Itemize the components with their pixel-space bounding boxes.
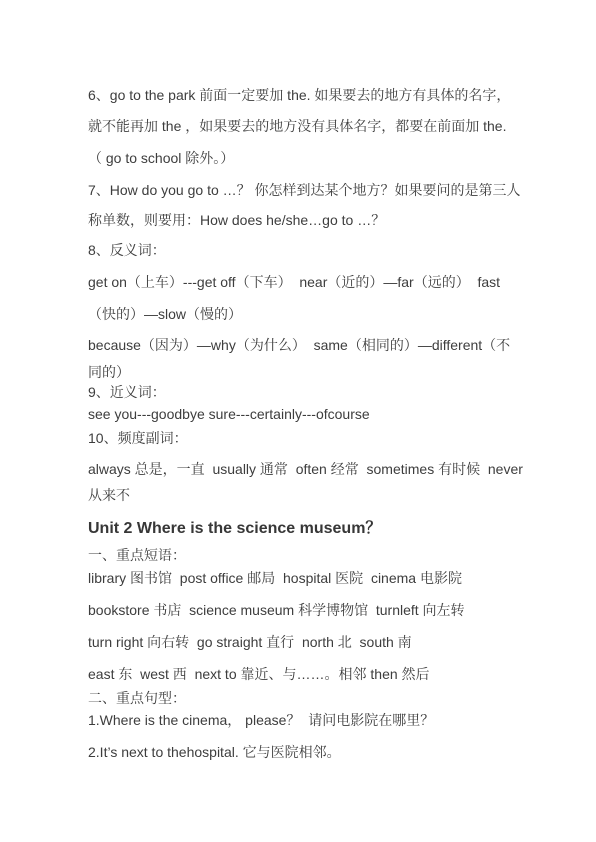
point6-line-1: 6、go to the park 前面一定要加 the. 如果要去的地方有具体的… — [88, 87, 510, 103]
frequency-line-2: 从来不 — [88, 487, 130, 503]
phrases-line-4: east 东 west 西 next to 靠近、与……。相邻 then 然后 — [88, 666, 430, 682]
sentence-2: 2.It’s next to thehospital. 它与医院相邻。 — [88, 744, 341, 760]
sentences-label: 二、重点句型： — [88, 690, 186, 706]
phrases-line-2: bookstore 书店 science museum 科学博物馆 turnle… — [88, 602, 465, 618]
point8-label: 8、反义词： — [88, 242, 166, 258]
document-page: 6、go to the park 前面一定要加 the. 如果要去的地方有具体的… — [0, 0, 596, 842]
phrases-label: 一、重点短语： — [88, 547, 186, 563]
point6-line-3: （ go to school 除外。） — [88, 150, 234, 166]
point6-line-2: 就不能再加 the ，如果要去的地方没有具体名字，都要在前面加 the. — [88, 118, 506, 134]
point7-line-2: 称单数，则要用：How does he/she…go to …？ — [88, 212, 385, 228]
frequency-line-1: always 总是，一直 usually 通常 often 经常 sometim… — [88, 461, 523, 477]
antonyms-line-3: because（因为）—why（为什么） same（相同的）—different… — [88, 337, 510, 353]
phrases-line-1: library 图书馆 post office 邮局 hospital 医院 c… — [88, 570, 462, 586]
phrases-line-3: turn right 向右转 go straight 直行 north 北 so… — [88, 634, 412, 650]
sentence-1: 1.Where is the cinema， please？ 请问电影院在哪里？ — [88, 712, 434, 728]
unit2-heading: Unit 2 Where is the science museum？ — [88, 521, 381, 537]
antonyms-line-2: （快的）—slow（慢的） — [88, 306, 242, 322]
antonyms-line-4: 同的） — [88, 364, 130, 380]
point7-line-1: 7、How do you go to …？ 你怎样到达某个地方？如果要问的是第三… — [88, 182, 521, 198]
synonyms-line: see you---goodbye sure---certainly---ofc… — [88, 406, 370, 422]
point10-label: 10、频度副词： — [88, 430, 188, 446]
point9-label: 9、近义词： — [88, 384, 166, 400]
antonyms-line-1: get on（上车）---get off（下车） near（近的）—far（远的… — [88, 274, 500, 290]
